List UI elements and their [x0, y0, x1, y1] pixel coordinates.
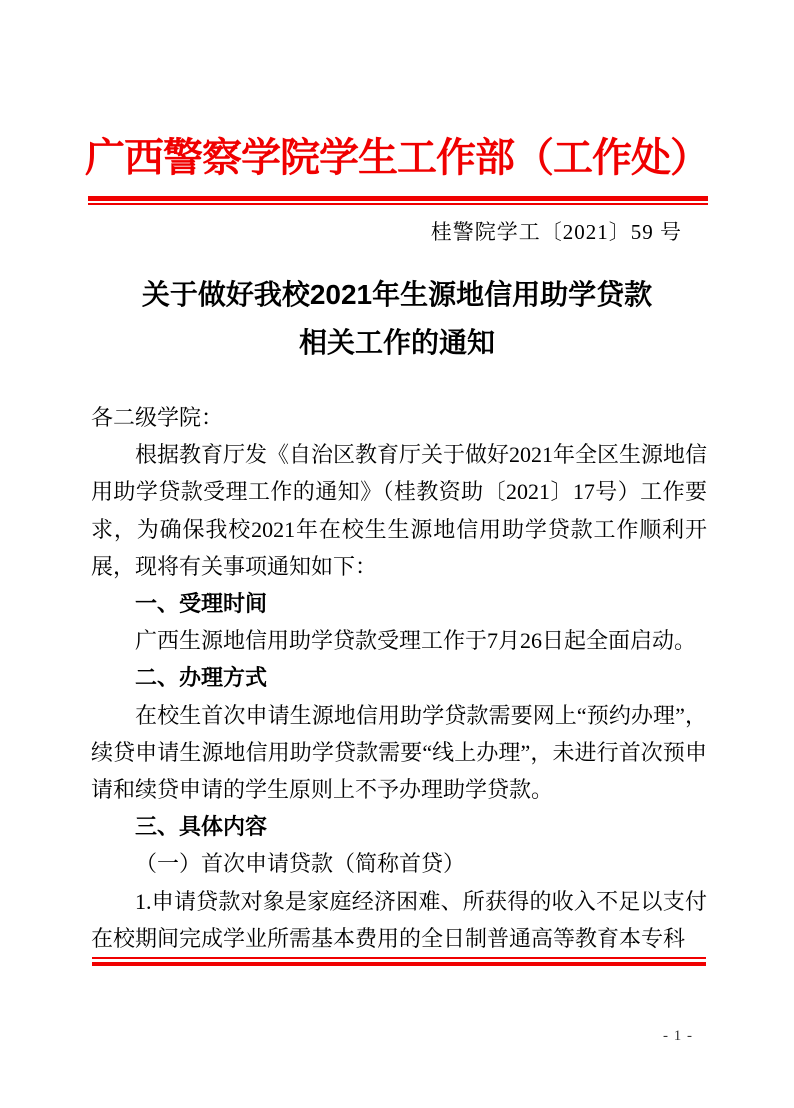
section-heading-2: 二、办理方式	[91, 659, 707, 696]
footer-divider	[92, 957, 706, 966]
intro-paragraph: 根据教育厅发《自治区教育厅关于做好2021年全区生源地信用助学贷款受理工作的通知…	[91, 436, 707, 585]
section-heading-1: 一、受理时间	[91, 585, 707, 622]
document-title: 关于做好我校2021年生源地信用助学贷款 相关工作的通知	[0, 271, 794, 367]
document-title-line-2: 相关工作的通知	[0, 319, 794, 367]
document-body: 各二级学院： 根据教育厅发《自治区教育厅关于做好2021年全区生源地信用助学贷款…	[91, 399, 707, 957]
page-number: - 1 -	[638, 1028, 718, 1045]
section-paragraph-2: 在校生首次申请生源地信用助学贷款需要网上“预约办理”，续贷申请生源地信用助学贷款…	[91, 697, 707, 809]
document-title-line-1: 关于做好我校2021年生源地信用助学贷款	[0, 271, 794, 319]
salutation: 各二级学院：	[91, 399, 707, 436]
document-page: 广西警察学院学生工作部（工作处） 桂警院学工〔2021〕59 号 关于做好我校2…	[0, 0, 794, 1108]
document-number: 桂警院学工〔2021〕59 号	[431, 216, 682, 246]
list-item-1: 1.申请贷款对象是家庭经济困难、所获得的收入不足以支付在校期间完成学业所需基本费…	[91, 883, 707, 957]
letterhead-org-title: 广西警察学院学生工作部（工作处）	[0, 126, 794, 183]
section-heading-3: 三、具体内容	[91, 808, 707, 845]
subsection-heading: （一）首次申请贷款（简称首贷）	[91, 845, 707, 882]
letterhead-divider	[88, 196, 708, 205]
section-paragraph-1: 广西生源地信用助学贷款受理工作于7月26日起全面启动。	[91, 622, 707, 659]
